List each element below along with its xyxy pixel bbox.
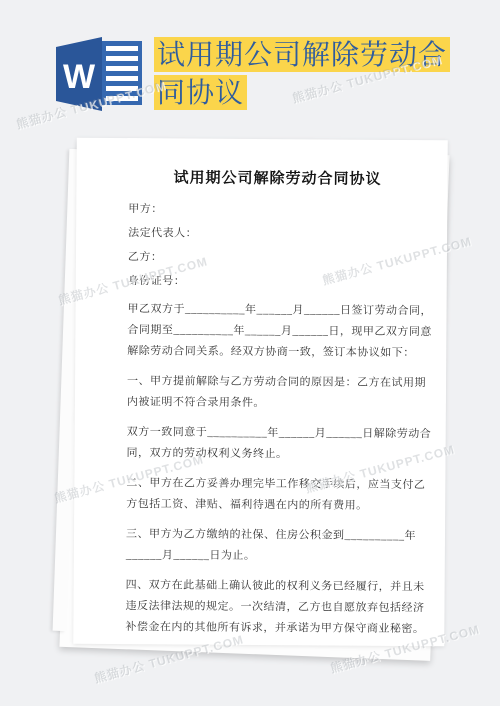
doc-line: 双方一致同意于__________年______月______日解除劳动合 [127,422,425,445]
doc-paragraph-clause-1: 一、甲方提前解除与乙方劳动合同的原因是：乙方在试用期内被证明不符合录用条件。 [127,371,425,415]
page-title: 试用期公司解除劳动合 同协议 [154,36,466,112]
title-highlight-line2: 同协议 [154,75,247,110]
doc-line: 一、甲方提前解除与乙方劳动合同的原因是：乙方在试用期 [127,371,425,394]
doc-line: 身份证号： [128,275,426,290]
doc-line: 三、甲方为乙方缴纳的社保、住房公积金到__________年 [126,524,424,547]
word-letter: W [63,58,96,96]
doc-paragraph-clause-3: 三、甲方为乙方缴纳的社保、住房公积金到__________年______月___… [126,524,424,568]
doc-paragraph-clause-4: 四、双方在此基础上确认彼此的权利义务已经履行，并且未违反法律法规的规定。一次结清… [125,575,423,640]
doc-paragraph-termination-date: 双方一致同意于__________年______月______日解除劳动合同，双… [126,422,424,466]
doc-paragraph-clause-2: 二、甲方在乙方妥善办理完毕工作移交手续后，应当支付乙方包括工资、津贴、福利待遇在… [126,473,424,517]
doc-line: 二、甲方在乙方妥善办理完毕工作移交手续后，应当支付乙 [126,473,424,496]
title-highlight-line1: 试用期公司解除劳动合 [154,37,450,72]
doc-line: 违反法律法规的规定。一次结清，乙方也自愿放弃包括经济 [125,596,423,619]
doc-line: 内被证明不符合录用条件。 [127,392,425,415]
doc-line: 补偿金在内的其他所有诉求，并承诺为甲方保守商业秘密。 [125,617,423,640]
doc-field-id-number: 身份证号： [128,275,426,290]
doc-line: 解除劳动合同关系。经双方协商一致，签订本协议如下： [127,341,425,364]
doc-line: 合同期至__________年______月______日，现甲乙双方同意 [127,320,425,343]
doc-field-legal-rep: 法定代表人： [128,227,426,242]
document-preview[interactable]: 试用期公司解除劳动合同协议 甲方： 法定代表人： 乙方： 身份证号： 甲乙双方于… [75,139,446,645]
doc-line: ______月______日为止。 [126,545,424,568]
word-file-icon: W [56,36,146,112]
doc-field-party-a: 甲方： [128,203,426,218]
doc-line: 法定代表人： [128,227,426,242]
header: W 试用期公司解除劳动合 同协议 [0,0,500,130]
doc-line: 同，双方的劳动权利义务终止。 [126,443,424,466]
doc-line: 甲方： [128,203,426,218]
doc-line: 甲乙双方于__________年______月______日签订劳动合同， [127,299,425,322]
doc-field-party-b: 乙方： [128,251,426,266]
doc-line: 乙方： [128,251,426,266]
doc-paragraph-intro: 甲乙双方于__________年______月______日签订劳动合同，合同期… [127,299,425,364]
document-sheet: 试用期公司解除劳动合同协议 甲方： 法定代表人： 乙方： 身份证号： 甲乙双方于… [73,138,448,647]
doc-title: 试用期公司解除劳动合同协议 [128,166,426,189]
doc-line: 方包括工资、津贴、福利待遇在内的所有费用。 [126,494,424,517]
document-body: 试用期公司解除劳动合同协议 甲方： 法定代表人： 乙方： 身份证号： 甲乙双方于… [125,166,426,640]
doc-line: 四、双方在此基础上确认彼此的权利义务已经履行，并且未 [126,575,424,598]
